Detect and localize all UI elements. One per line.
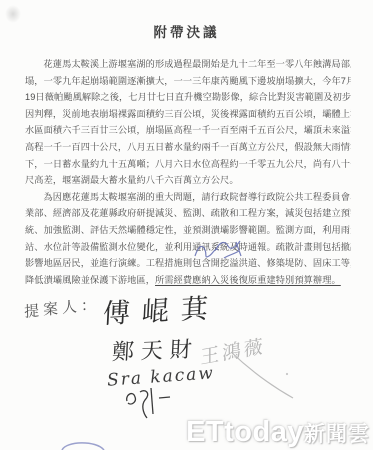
body-line: 因判釋，災前地表崩塌裸露面積約三百公頃，災後裸露面積約五百公頃，壩體上游集 xyxy=(25,106,351,123)
body-line: 尺高差，堰塞湖最大蓄水量約八千六百萬立方公尺。 xyxy=(25,172,351,189)
ettoday-watermark-suffix: 新聞雲 xyxy=(304,423,370,446)
signature-sra-kacaw: Sra kacaw xyxy=(106,363,215,390)
body-line: 高程一千一百四十公尺，八月五日蓄水量約兩千一百萬立方公尺，假設無大雨情況 xyxy=(25,139,351,156)
body-line: 統、加強監測、評估天然壩體穩定性，並預測潰壩影響範圍。監測方面，利用雨量 xyxy=(25,222,351,239)
scanned-document-page: 附帶決議 花蓮馬太鞍溪上游堰塞湖的形成過程最開始是九十二年至一零八年蝕溝局部崩 … xyxy=(0,0,373,450)
body-line: 水區面積六千三百廿三公頃，崩塌區高程一千一百至兩千五百公尺，壩頂未來溢流口 xyxy=(25,122,351,139)
body-line: 影響地區居民，並進行演練。工程措施則包含開挖溢洪道、修築堤防、固床工等，以 xyxy=(25,255,351,272)
ettoday-watermark-brand: ETtoday xyxy=(186,416,304,448)
underlined-clause: 所需經費應納入災後復原重建特別預算辦理。 xyxy=(155,275,341,285)
body-line: 業部、經濟部及花蓮縣政府研提減災、監測、疏散和工程方案，減災包括建立預警系 xyxy=(25,205,351,222)
signature-cheng-tien-tsai: 鄭天財 xyxy=(111,332,200,366)
signature-fu-kun-chi: 傅崐萁 xyxy=(102,286,221,331)
signature-flourish xyxy=(127,388,170,418)
proposer-label-handwritten: 提案人： xyxy=(24,293,100,322)
body-line: 19日薇帕颱風解除之後，七月廿七日直升機空勘影像，綜合比對災害範圍及初步成 xyxy=(25,89,351,106)
ettoday-watermark: ETtoday新聞雲 xyxy=(186,416,370,449)
body-line: 塌，一零九年起崩塌範圍逐漸擴大，一一三年康芮颱風下邊坡崩塌擴大，今年7月 xyxy=(25,73,351,90)
blue-ink-mark-partial xyxy=(62,443,104,450)
body-line: 下，一日蓄水量約九十五萬噸；八月六日水位高程約一千零五九公尺，尚有八十一公 xyxy=(25,156,351,173)
body-line: 為因應花蓮馬太鞍堰塞湖的重大問題，請行政院督導行政院公共工程委員會、農 xyxy=(25,189,351,206)
document-body: 花蓮馬太鞍溪上游堰塞湖的形成過程最開始是九十二年至一零八年蝕溝局部崩 塌，一零九… xyxy=(25,56,351,288)
body-line-text: 降低潰壩風險並保護下游地區， xyxy=(25,275,155,285)
document-title: 附帶決議 xyxy=(0,21,373,41)
body-line: 站、水位計等設備監測水位變化，並利用通訊系統及時通報。疏散計畫則包括撤離受 xyxy=(25,239,351,256)
body-line-last: 降低潰壩風險並保護下游地區，所需經費應納入災後復原重建特別預算辦理。 xyxy=(25,272,351,289)
pencil-dot xyxy=(286,373,288,375)
body-line: 花蓮馬太鞍溪上游堰塞湖的形成過程最開始是九十二年至一零八年蝕溝局部崩 xyxy=(25,56,351,73)
